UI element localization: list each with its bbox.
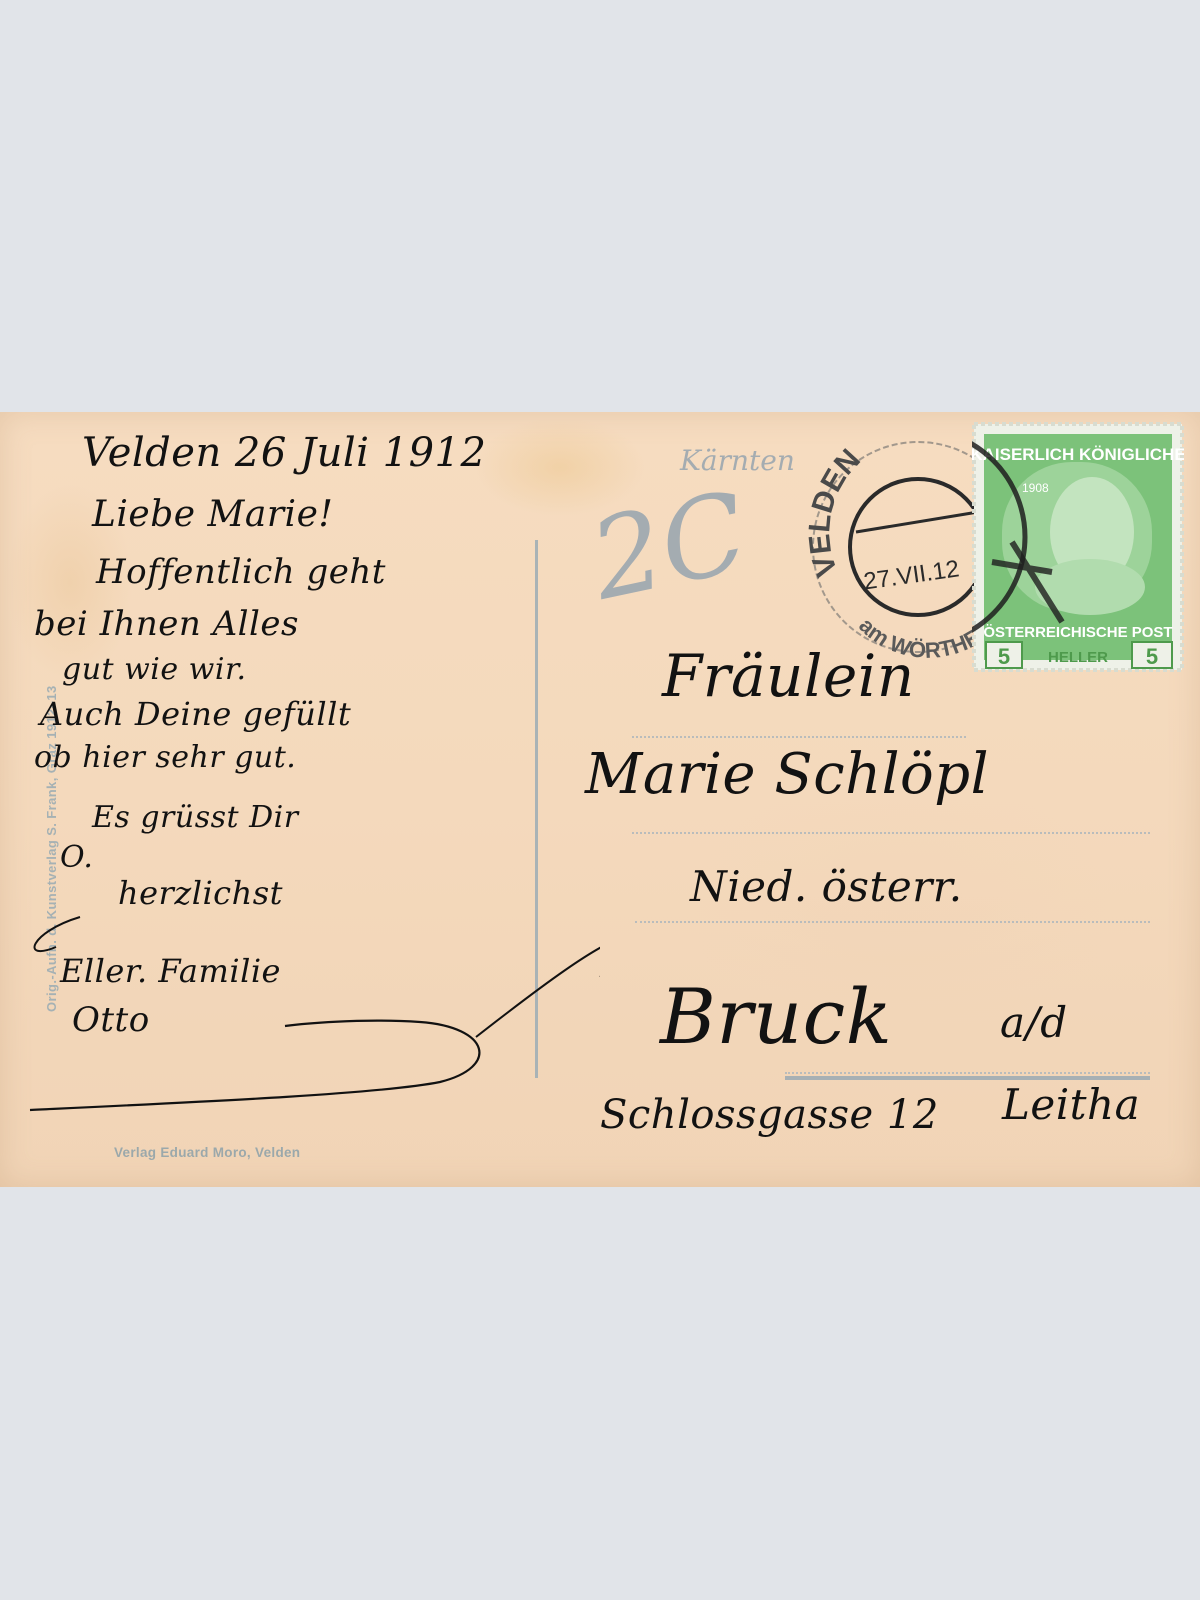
signature-flourish: [0, 412, 600, 1187]
address-river: Leitha: [1002, 1080, 1140, 1129]
postmark-date: 27.VII.12: [862, 555, 961, 595]
address-region: Nied. österr.: [690, 862, 963, 911]
address-name: Marie Schlöpl: [585, 742, 989, 807]
stamp-denomination-right: 5: [1146, 644, 1158, 669]
address-line-2: [632, 832, 1150, 834]
stamp-side-text: ÖSTERREICHISCHE POST: [983, 624, 1172, 641]
address-line-4: [785, 1072, 1150, 1074]
pencil-note-region: Kärnten: [680, 444, 795, 477]
pencil-mark: 2C: [580, 467, 757, 624]
postage-stamp: KAISERLICH KÖNIGLICHE ÖSTERREICHISCHE PO…: [972, 422, 1184, 672]
stamp-top-text: KAISERLICH KÖNIGLICHE: [972, 445, 1184, 464]
address-city-suffix: a/d: [1000, 998, 1068, 1047]
address-street: Schlossgasse 12: [600, 1092, 939, 1138]
address-title: Fräulein: [662, 642, 915, 710]
stamp-year: 1908: [1022, 481, 1049, 495]
address-city: Bruck: [660, 972, 892, 1061]
address-line-3: [635, 921, 1150, 923]
address-line-1: [632, 736, 966, 738]
postcard-back: Orig.-Aufn. d. Kunstverlag S. Frank, Gra…: [0, 412, 1200, 1187]
stamp-unit: HELLER: [1048, 649, 1108, 666]
stamp-denomination-left: 5: [998, 644, 1010, 669]
